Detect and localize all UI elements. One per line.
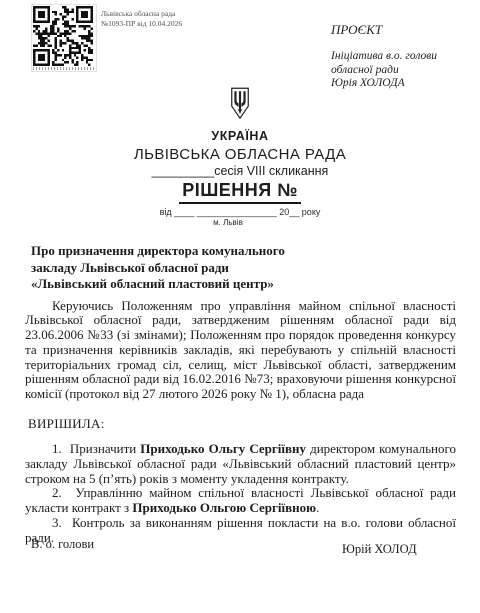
city-label: м. Львів xyxy=(0,218,468,227)
stamp-org: Львівська обласна рада xyxy=(101,9,182,19)
qr-code-icon xyxy=(33,6,93,66)
registration-stamp xyxy=(31,4,97,72)
stamp-caption: Львівська обласна рада №1093-ПР від 10.0… xyxy=(101,9,182,28)
signatory-position: В. о. голови xyxy=(31,537,94,552)
decision-document: Львівська обласна рада №1093-ПР від 10.0… xyxy=(0,0,480,613)
qr-microtext-line xyxy=(33,67,95,70)
session-line: _________сесія VIII скликання xyxy=(0,164,480,178)
council-name: ЛЬВІВСЬКА ОБЛАСНА РАДА xyxy=(0,146,480,163)
initiative-line-1: Ініціатива в.о. голови xyxy=(331,50,437,64)
initiative-line-3: Юрія ХОЛОДА xyxy=(331,77,437,91)
resolution-item: 2. Управлінню майном спільної власності … xyxy=(25,486,456,516)
draft-note: ПРОЄКТ Ініціатива в.о. голови обласної р… xyxy=(331,22,437,91)
draft-label: ПРОЄКТ xyxy=(331,22,437,38)
decision-title: РІШЕННЯ № xyxy=(179,180,301,204)
date-blank-line: від ____ ________________ 20__ року xyxy=(0,207,480,217)
subject-line-3: «Львівський обласний пластовий центр» xyxy=(31,276,360,293)
preamble-block: Керуючись Положенням про управління майн… xyxy=(25,299,456,403)
resolved-label: ВИРІШИЛА: xyxy=(28,416,480,432)
signatory-name: Юрій ХОЛОД xyxy=(342,542,417,557)
subject-line-1: Про призначення директора комунального xyxy=(31,243,360,260)
preamble-paragraph: Керуючись Положенням про управління майн… xyxy=(25,299,456,403)
ukraine-trident-emblem-icon xyxy=(225,86,255,122)
subject-line-2: закладу Львівської обласної ради xyxy=(31,260,360,277)
stamp-number: №1093-ПР від 10.04.2026 xyxy=(101,19,182,29)
subject-block: Про призначення директора комунального з… xyxy=(31,243,360,293)
resolution-items: 1. Призначити Приходько Ольгу Сергіївну … xyxy=(25,442,456,546)
resolution-item: 1. Призначити Приходько Ольгу Сергіївну … xyxy=(25,442,456,486)
initiative-line-2: обласної ради xyxy=(331,64,437,78)
country-name: УКРАЇНА xyxy=(0,129,480,143)
